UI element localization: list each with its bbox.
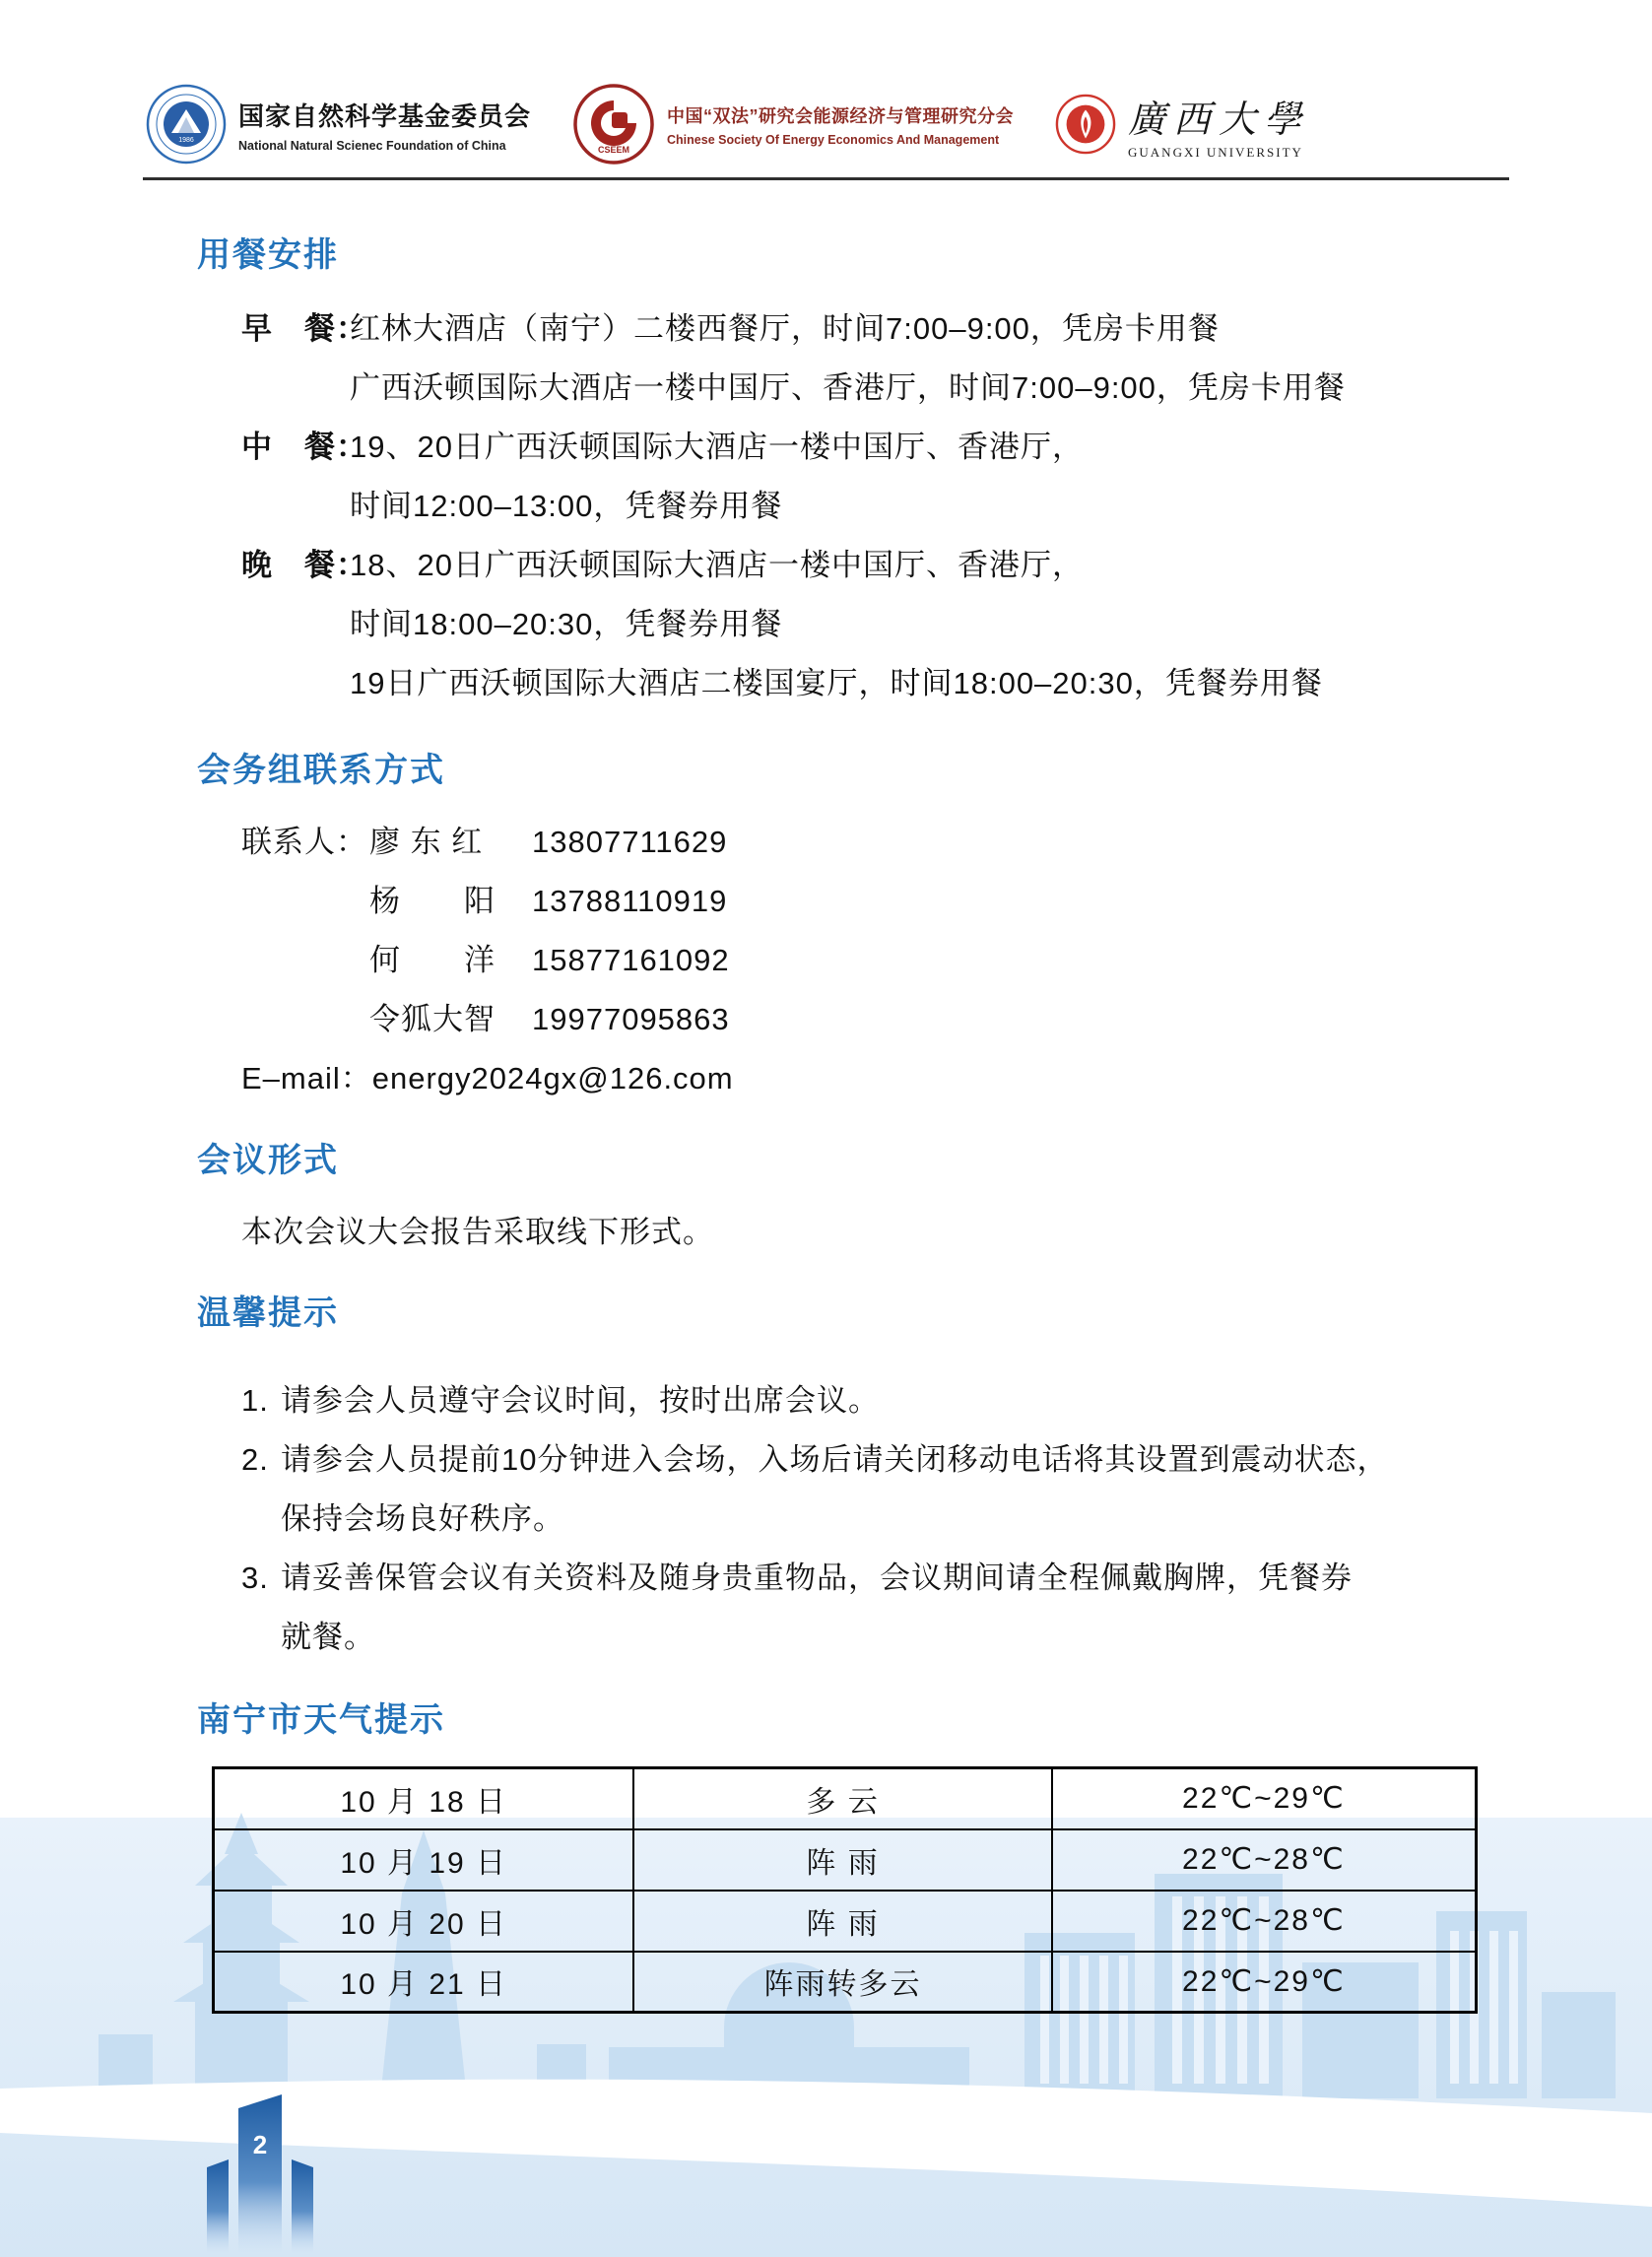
tip-text: 请参会人员遵守会议时间，按时出席会议。 [281,1383,880,1418]
section-title-dining: 用餐安排 [197,228,1509,276]
gxu-logo: 廣西大學 GUANGXI UNIVERSITY [1055,89,1309,161]
contact-name: 杨 阳 [369,872,532,931]
weather-condition-cell: 多 云 [633,1768,1051,1829]
contact-phone: 19977095863 [532,1002,730,1036]
meal-label-lunch: 中 餐： [241,418,367,477]
tip-text: 就餐。 [281,1620,375,1654]
dining-line: 19日广西沃顿国际大酒店二楼国宴厅，时间18:00–20:30，凭餐券用餐 [143,654,1509,713]
meal-label-breakfast: 早 餐： [241,299,367,359]
tip-number: 1. [241,1371,269,1430]
contact-phone: 15877161092 [532,943,730,977]
header: 1986 国家自然科学基金委员会 National Natural Sciene… [0,0,1652,166]
gxu-name-en: GUANGXI UNIVERSITY [1128,145,1309,161]
dining-text: 时间12:00–13:00，凭餐券用餐 [350,489,782,523]
weather-date-cell: 10 月 21 日 [214,1952,634,2013]
contact-block: 联系人：廖 东 红13807711629 杨 阳13788110919 何 洋1… [143,813,1509,1108]
weather-table: 10 月 18 日 多 云 22℃~29℃ 10 月 19 日 阵 雨 22℃~… [212,1766,1478,2014]
page-number-block: 2 [187,2087,335,2256]
document-page: 2 1986 国家自然科学基金委员会 National Natural Scie… [0,0,1652,2257]
weather-temp-cell: 22℃~28℃ [1052,1891,1477,1952]
format-body: 本次会议大会报告采取线下形式。 [143,1203,1509,1262]
weather-temp-cell: 22℃~28℃ [1052,1829,1477,1891]
contact-name: 廖 东 红 [369,813,532,872]
weather-condition-cell: 阵雨转多云 [633,1952,1051,2013]
nsfc-name-zh: 国家自然科学基金委员会 [238,97,531,133]
tip-line: 1. 请参会人员遵守会议时间，按时出席会议。 [143,1371,1509,1430]
contact-name: 令狐大智 [369,990,532,1049]
tip-number: 3. [241,1549,269,1608]
weather-date-cell: 10 月 20 日 [214,1891,634,1952]
cseem-name-zh: 中国“双法”研究会能源经济与管理研究分会 [667,102,1014,128]
contact-phone: 13807711629 [532,825,727,859]
email-label: E–mail： [241,1061,372,1095]
dining-text: 19、20日广西沃顿国际大酒店一楼中国厅、香港厅， [350,430,1084,464]
contact-name: 何 洋 [369,931,532,990]
svg-text:1986: 1986 [178,137,194,144]
tip-text: 请妥善保管会议有关资料及随身贵重物品，会议期间请全程佩戴胸牌，凭餐券 [281,1560,1353,1595]
dining-line: 中 餐： 19、20日广西沃顿国际大酒店一楼中国厅、香港厅， [143,418,1509,477]
nsfc-name-en: National Natural Scienec Foundation of C… [238,139,531,153]
section-title-contact: 会务组联系方式 [197,743,1509,791]
contact-label: 联系人： [241,813,369,872]
dining-text: 广西沃顿国际大酒店一楼中国厅、香港厅，时间7:00–9:00，凭房卡用餐 [350,370,1346,405]
tip-text: 保持会场良好秩序。 [281,1501,564,1536]
tip-line: 保持会场良好秩序。 [143,1490,1509,1549]
tip-text: 请参会人员提前10分钟进入会场，入场后请关闭移动电话将其设置到震动状态， [281,1442,1388,1477]
nsfc-emblem-icon: 1986 [146,84,227,165]
section-title-weather: 南宁市天气提示 [197,1693,1509,1741]
section-title-tips: 温馨提示 [197,1286,1509,1334]
buildings-icon [187,2087,335,2256]
dining-line: 晚 餐： 18、20日广西沃顿国际大酒店一楼中国厅、香港厅， [143,536,1509,595]
weather-temp-cell: 22℃~29℃ [1052,1952,1477,2013]
tip-line: 就餐。 [143,1608,1509,1667]
dining-block: 早 餐： 红林大酒店（南宁）二楼西餐厅，时间7:00–9:00，凭房卡用餐 广西… [143,299,1509,713]
dining-text: 18、20日广西沃顿国际大酒店一楼中国厅、香港厅， [350,548,1084,582]
contact-row: 联系人：廖 东 红13807711629 [143,813,1509,872]
weather-temp-cell: 22℃~29℃ [1052,1768,1477,1829]
email-value: energy2024gx@126.com [372,1061,734,1095]
contact-phone: 13788110919 [532,884,727,918]
svg-text:CSEEM: CSEEM [598,145,629,155]
weather-row: 10 月 21 日 阵雨转多云 22℃~29℃ [214,1952,1477,2013]
weather-condition-cell: 阵 雨 [633,1891,1051,1952]
cseem-emblem-icon: CSEEM [572,83,655,166]
weather-condition-cell: 阵 雨 [633,1829,1051,1891]
contact-row: 令狐大智19977095863 [143,990,1509,1049]
weather-row: 10 月 19 日 阵 雨 22℃~28℃ [214,1829,1477,1891]
weather-date-cell: 10 月 18 日 [214,1768,634,1829]
dining-text: 时间18:00–20:30，凭餐券用餐 [350,607,782,641]
section-title-format: 会议形式 [197,1133,1509,1181]
email-row: E–mail：energy2024gx@126.com [143,1049,1509,1108]
contact-row: 杨 阳13788110919 [143,872,1509,931]
weather-row: 10 月 20 日 阵 雨 22℃~28℃ [214,1891,1477,1952]
dining-text: 红林大酒店（南宁）二楼西餐厅，时间7:00–9:00，凭房卡用餐 [350,311,1220,346]
gxu-seal-icon [1055,94,1116,155]
gxu-name-zh: 廣西大學 [1128,89,1309,143]
dining-line: 时间12:00–13:00，凭餐券用餐 [143,477,1509,536]
dining-line: 早 餐： 红林大酒店（南宁）二楼西餐厅，时间7:00–9:00，凭房卡用餐 [143,299,1509,359]
dining-line: 广西沃顿国际大酒店一楼中国厅、香港厅，时间7:00–9:00，凭房卡用餐 [143,359,1509,418]
page-number: 2 [238,2130,282,2160]
weather-date-cell: 10 月 19 日 [214,1829,634,1891]
contact-row: 何 洋15877161092 [143,931,1509,990]
cseem-logo: CSEEM 中国“双法”研究会能源经济与管理研究分会 Chinese Socie… [572,83,1014,166]
nsfc-logo: 1986 国家自然科学基金委员会 National Natural Sciene… [146,84,531,165]
weather-row: 10 月 18 日 多 云 22℃~29℃ [214,1768,1477,1829]
meal-label-dinner: 晚 餐： [241,536,367,595]
tip-line: 2. 请参会人员提前10分钟进入会场，入场后请关闭移动电话将其设置到震动状态， [143,1430,1509,1490]
content: 用餐安排 早 餐： 红林大酒店（南宁）二楼西餐厅，时间7:00–9:00，凭房卡… [143,228,1509,2014]
tips-block: 1. 请参会人员遵守会议时间，按时出席会议。 2. 请参会人员提前10分钟进入会… [143,1371,1509,1667]
dining-line: 时间18:00–20:30，凭餐券用餐 [143,595,1509,654]
dining-text: 19日广西沃顿国际大酒店二楼国宴厅，时间18:00–20:30，凭餐券用餐 [350,666,1323,700]
tip-number: 2. [241,1430,269,1490]
cseem-name-en: Chinese Society Of Energy Economics And … [667,133,1014,147]
tip-line: 3. 请妥善保管会议有关资料及随身贵重物品，会议期间请全程佩戴胸牌，凭餐券 [143,1549,1509,1608]
